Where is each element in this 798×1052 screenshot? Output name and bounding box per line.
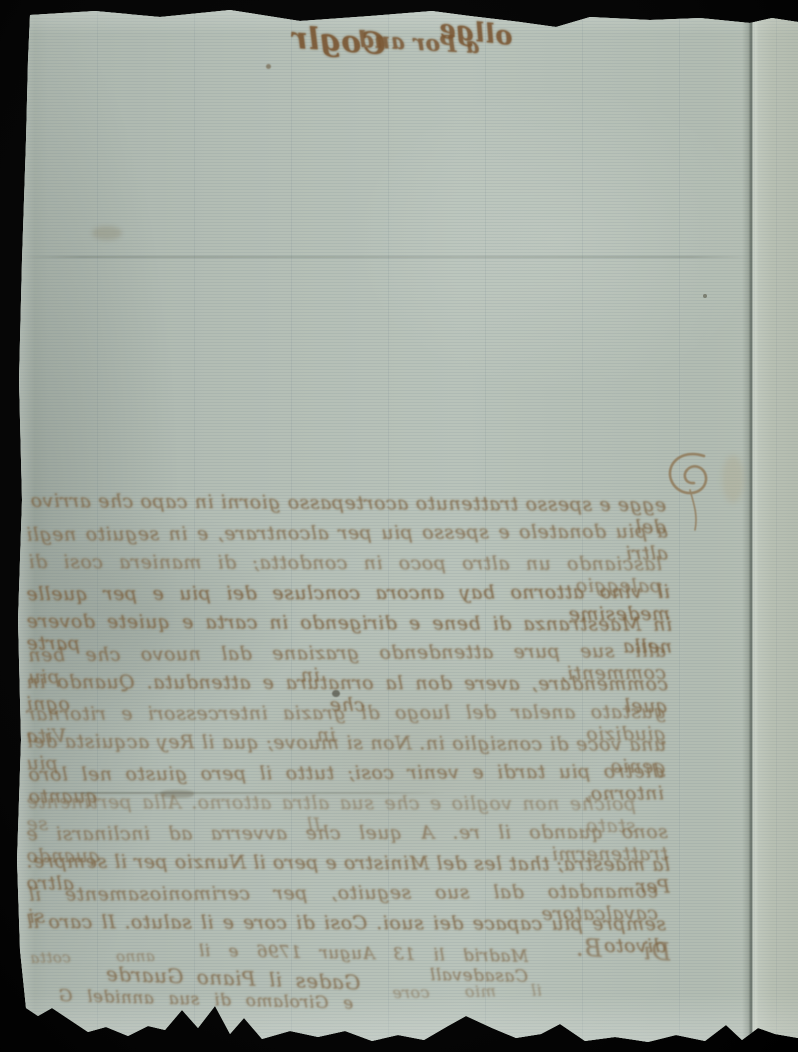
- spiral-flourish-mark: [660, 450, 722, 532]
- closing-fragment: e Girolamo di sua annidel G: [58, 986, 354, 1034]
- scan-background: Coglra Por andollge egge e spesso tratte…: [0, 0, 798, 1052]
- closing-fragment: Di B.: [574, 934, 672, 995]
- foxing-stain: [92, 226, 122, 240]
- horizontal-crease-upper: [22, 256, 750, 258]
- ink-speck: [703, 294, 707, 298]
- edge-tear-mark: [543, 9, 564, 23]
- manuscript-page: Coglra Por andollge egge e spesso tratte…: [0, 0, 798, 1052]
- closing-fragment: il mio core: [392, 981, 543, 1022]
- docket-inscription-segment: ollge: [434, 14, 514, 81]
- conjugate-leaf-strip: [755, 10, 798, 1044]
- ink-speck: [266, 64, 271, 69]
- foxing-stain: [722, 455, 744, 503]
